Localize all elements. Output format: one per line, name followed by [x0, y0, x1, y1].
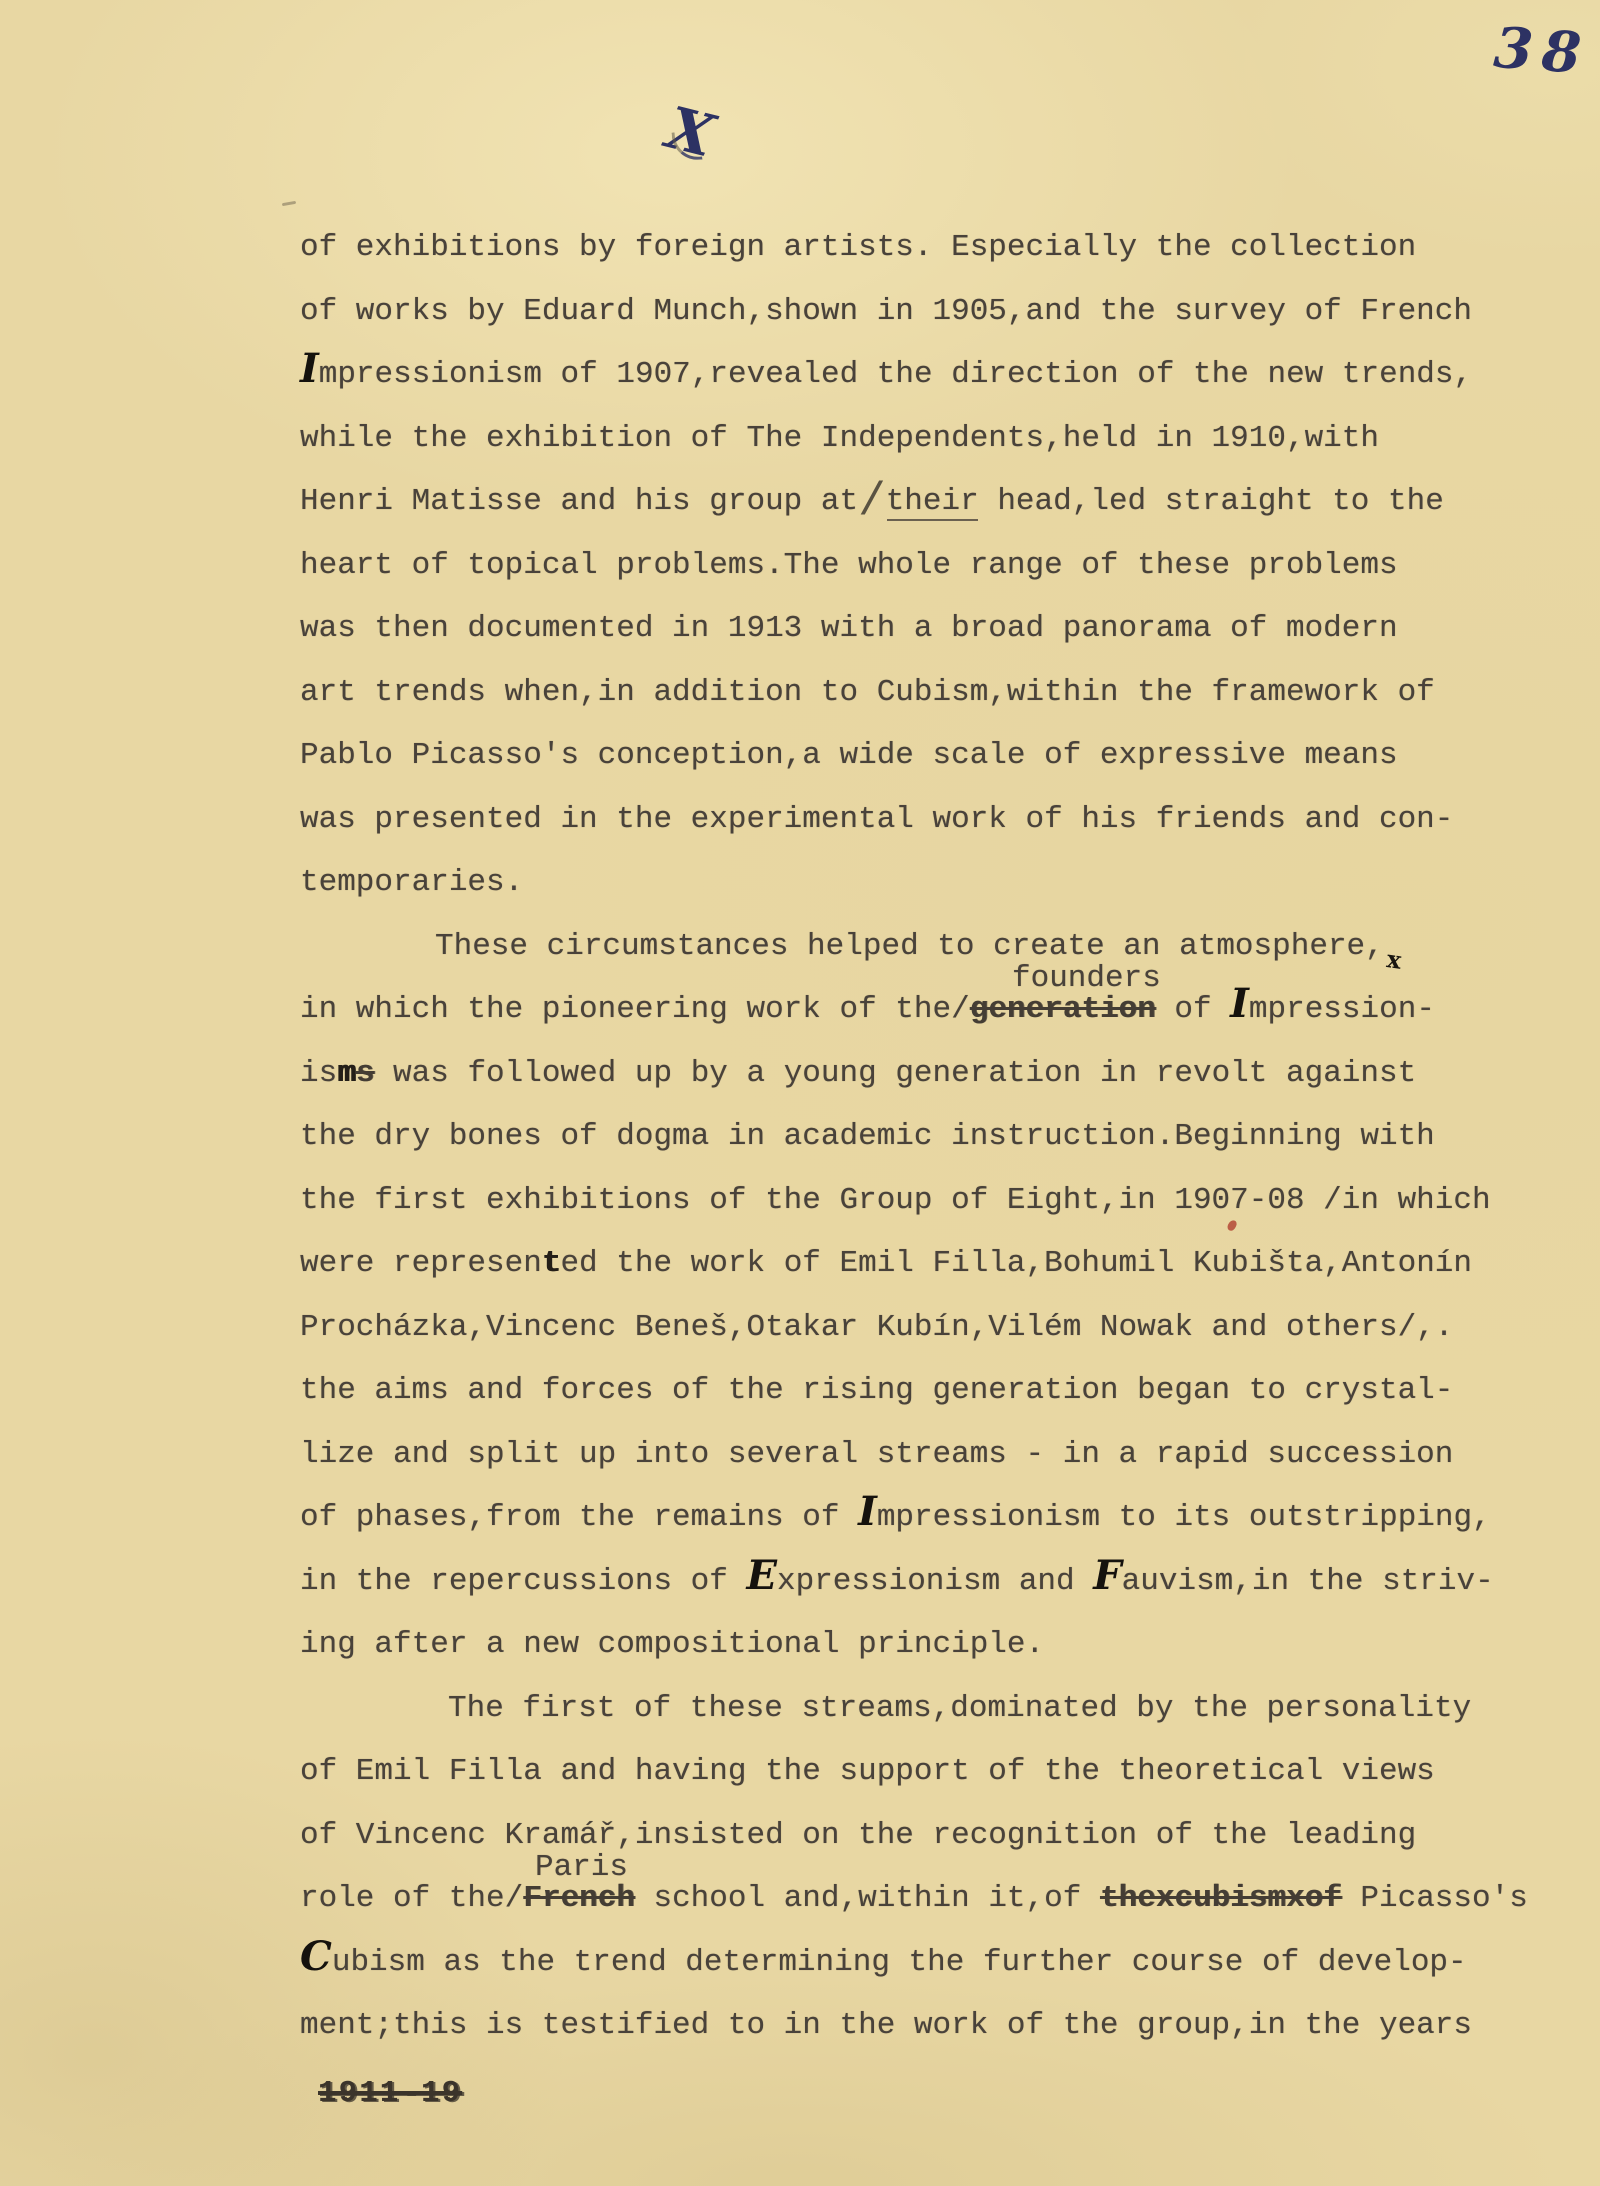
interline-insertion: Paris: [535, 1836, 628, 1900]
typed-text: mpressionism to its outstripping,: [877, 1500, 1491, 1535]
typed-line: Procházka,Vincenc Beneš,Otakar Kubín,Vil…: [300, 1296, 1560, 1360]
typed-text: auvism,in the striv-: [1122, 1564, 1494, 1599]
typed-text: school and,within it,of: [635, 1881, 1100, 1916]
typed-text: temporaries.: [300, 865, 523, 900]
handwritten-x-mark: X: [660, 94, 720, 171]
typed-text: the dry bones of dogma in academic instr…: [300, 1119, 1435, 1154]
bottom-year-note: 1911-19: [318, 2076, 462, 2111]
typed-text: the first exhibitions of the Group of Ei…: [300, 1183, 1491, 1218]
typed-text: of: [1156, 992, 1230, 1027]
page-number: 38: [1492, 15, 1592, 88]
typed-line: lize and split up into several streams -…: [300, 1423, 1560, 1487]
typed-text: of Vincenc Kramář,insisted on the recogn…: [300, 1818, 1416, 1853]
typed-line: of exhibitions by foreign artists. Espec…: [300, 216, 1560, 280]
typed-text: lize and split up into several streams -…: [300, 1437, 1453, 1472]
typed-text: Pablo Picasso's conception,a wide scale …: [300, 738, 1398, 773]
pencil-dash: [282, 201, 296, 206]
typed-text-body: of exhibitions by foreign artists. Espec…: [300, 216, 1560, 2058]
handwritten-capital: F: [1093, 1552, 1121, 1599]
typed-line: were represented the work of Emil Filla,…: [300, 1232, 1560, 1296]
typed-text: was then documented in 1913 with a broad…: [300, 611, 1398, 646]
struck-text: s: [356, 1056, 375, 1091]
typed-line: of works by Eduard Munch,shown in 1905,a…: [300, 280, 1560, 344]
manuscript-page: 38 X of exhibitions by foreign artists. …: [0, 0, 1600, 2186]
typed-text: head,led straight to the: [979, 484, 1444, 519]
typed-text: ment;this is testified to in the work of…: [300, 2008, 1472, 2043]
typed-line: the first exhibitions of the Group of Ei…: [300, 1169, 1560, 1233]
typed-line: of Emil Filla and having the support of …: [300, 1740, 1560, 1804]
typed-line: isms was followed up by a young generati…: [300, 1042, 1560, 1106]
typed-text: while the exhibition of The Independents…: [300, 421, 1379, 456]
typed-text: ubism as the trend determining the furth…: [332, 1945, 1467, 1980]
handwritten-capital: C: [300, 1933, 332, 1980]
typed-text: of works by Eduard Munch,shown in 1905,a…: [300, 294, 1472, 329]
typed-text: heart of topical problems.The whole rang…: [300, 548, 1398, 583]
handwritten-capital: I: [300, 345, 319, 392]
typed-line: the dry bones of dogma in academic instr…: [300, 1105, 1560, 1169]
typed-text: The first of these streams,dominated by …: [448, 1691, 1471, 1726]
typed-text: mpressionism of 1907,revealed the direct…: [319, 357, 1472, 392]
typed-line: Henri Matisse and his group at/their hea…: [300, 470, 1560, 534]
typed-line: was presented in the experimental work o…: [300, 788, 1560, 852]
typed-line: temporaries.: [300, 851, 1560, 915]
typed-line: These circumstances helped to create an …: [300, 915, 1560, 979]
underlined-word: their: [886, 484, 979, 519]
typed-line: was then documented in 1913 with a broad…: [300, 597, 1560, 661]
typed-text: in the repercussions of: [300, 1564, 746, 1599]
typed-line: of Vincenc Kramář,insisted on the recogn…: [300, 1804, 1560, 1868]
typed-text: the aims and forces of the rising genera…: [300, 1373, 1453, 1408]
typed-text: role of the/: [300, 1881, 523, 1916]
struck-text: thexcubismxof: [1100, 1881, 1342, 1916]
typed-line: ment;this is testified to in the work of…: [300, 1994, 1560, 2058]
typed-text: Picasso's: [1342, 1881, 1528, 1916]
typed-text: of Emil Filla and having the support of …: [300, 1754, 1435, 1789]
typed-line: Cubism as the trend determining the furt…: [300, 1931, 1560, 1995]
handwritten-capital: I: [858, 1488, 877, 1535]
handwritten-capital: E: [746, 1552, 777, 1599]
typed-line: heart of topical problems.The whole rang…: [300, 534, 1560, 598]
typed-text: is: [300, 1056, 337, 1091]
typed-text: Henri Matisse and his group at: [300, 484, 858, 519]
typed-text: in which the pioneering work of the/: [300, 992, 970, 1027]
typed-text: Procházka,Vincenc Beneš,Otakar Kubín,Vil…: [300, 1310, 1453, 1345]
typed-line: art trends when,in addition to Cubism,wi…: [300, 661, 1560, 725]
handwritten-capital: I: [1230, 980, 1249, 1027]
typed-line: of phases,from the remains of Impression…: [300, 1486, 1560, 1550]
typed-line: in the repercussions of Expressionism an…: [300, 1550, 1560, 1614]
typed-line: Parisrole of the/French school and,withi…: [300, 1867, 1560, 1931]
overtyped-text: m: [337, 1056, 356, 1091]
typed-line: ing after a new compositional principle.: [300, 1613, 1560, 1677]
typed-text: were represen: [300, 1246, 542, 1281]
typed-text: of phases,from the remains of: [300, 1500, 858, 1535]
typed-text: ed the work of Emil Filla,Bohumil Kubišt…: [560, 1246, 1472, 1281]
typed-line: Pablo Picasso's conception,a wide scale …: [300, 724, 1560, 788]
typed-text: was presented in the experimental work o…: [300, 802, 1453, 837]
overtyped-text: t: [542, 1246, 561, 1281]
typed-line: the aims and forces of the rising genera…: [300, 1359, 1560, 1423]
typed-text: These circumstances helped to create an …: [435, 929, 1384, 964]
typed-line: foundersin which the pioneering work of …: [300, 978, 1560, 1042]
typed-line: The first of these streams,dominated by …: [300, 1677, 1560, 1741]
pencil-slash-mark: /: [858, 476, 886, 528]
interline-insertion: founders: [1012, 947, 1161, 1011]
typed-text: was followed up by a young generation in…: [374, 1056, 1416, 1091]
typed-line: while the exhibition of The Independents…: [300, 407, 1560, 471]
typed-line: Impressionism of 1907,revealed the direc…: [300, 343, 1560, 407]
typed-text: xpressionism and: [777, 1564, 1093, 1599]
typed-text: art trends when,in addition to Cubism,wi…: [300, 675, 1435, 710]
typed-text: of exhibitions by foreign artists. Espec…: [300, 230, 1416, 265]
typed-text: ing after a new compositional principle.: [300, 1627, 1044, 1662]
typed-text: mpression-: [1249, 992, 1435, 1027]
